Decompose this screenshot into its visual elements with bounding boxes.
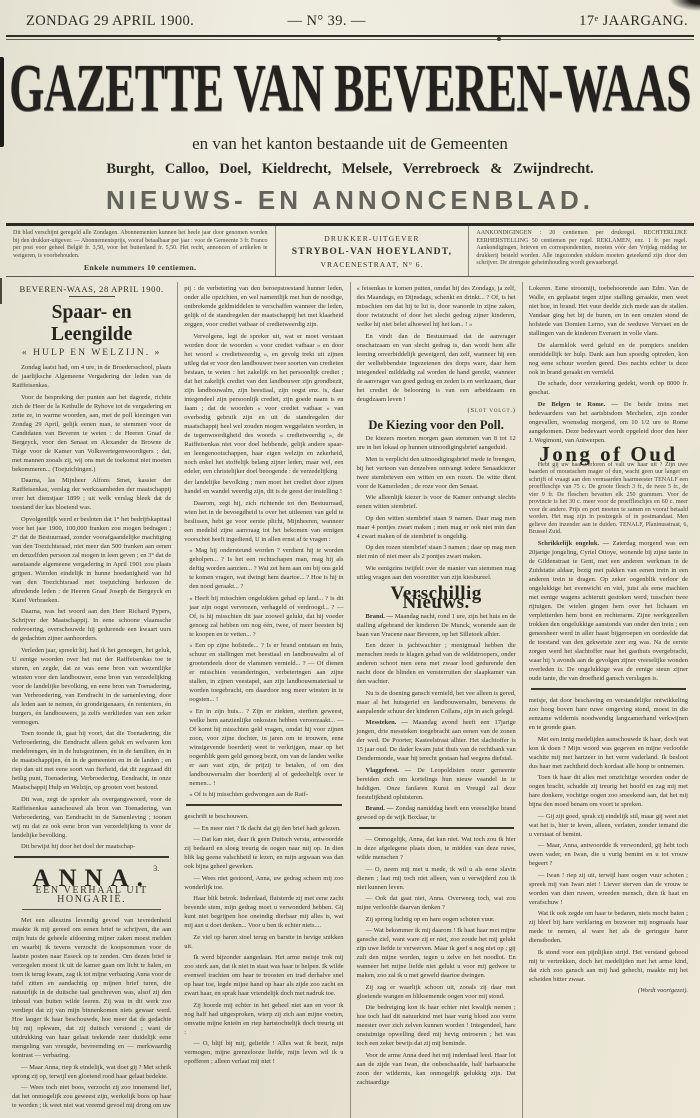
paragraph: Dit was, zegt de spreker als overgangswo… <box>12 795 171 840</box>
quote-paragraph: « Een op zijne hofstede... ? Is er brand… <box>184 641 343 704</box>
paragraph: Voor de bespreking der punten aan het da… <box>12 393 171 474</box>
paragraph: Zij sprong luchtig op en hare oogen scho… <box>357 915 516 924</box>
paragraph: — Wees niet gestoord, Anna, uw gedrag sc… <box>184 874 343 892</box>
paragraph: pij : de verbetering van den beroepstoes… <box>184 284 343 329</box>
single-copy-price: Enkele nummers 10 centiemen. <box>13 263 268 272</box>
news-item-lead: De Belgen te Rome. — <box>538 401 624 408</box>
newspaper-page: ZONDAG 29 APRIL 1900. — N° 39. — 17ᵉ JAA… <box>0 0 700 1118</box>
printer-address: VRACENESTRAAT, N° 6. <box>283 260 462 269</box>
feuilleton-title: ANNA. <box>12 874 171 883</box>
paragraph: Op den witten stembrief staan 9 namen. D… <box>357 514 516 541</box>
advertising-text: AANKONDIGINGEN : 20 centiemen per drukre… <box>476 230 687 268</box>
paragraph: — Dat kan niet, daar ik geen Duitsch ver… <box>184 835 343 871</box>
paragraph: Schrikkelijk ongeluk. — Zaterdag morgend… <box>529 539 688 683</box>
paragraph: Wie eenigzins twijfelt over de manier va… <box>357 564 516 582</box>
paragraph: Brand. — Maandag nacht, rond 1 ure, zijn… <box>357 612 516 639</box>
paragraph: Men is verplicht den uitnoodigingsbrief … <box>357 455 516 491</box>
paragraph: Met een alleszins levendig gevoel van te… <box>12 916 171 1060</box>
paragraph: — Maar Anna, riep ik eindelijk, wat doet… <box>12 1063 171 1081</box>
feuilleton-divider <box>531 688 686 690</box>
issue-number: — N° 39. — <box>288 13 366 30</box>
quote-paragraph: « Mag hij ondersteund worden ? verdient … <box>184 546 343 591</box>
scan-artifact <box>0 57 4 147</box>
feuilleton-divider <box>186 804 341 806</box>
page-body: BEVEREN-WAAS, 28 APRIL 1900.Spaar- en Le… <box>6 282 694 1118</box>
continuation-note: (Wordt voortgezet). <box>529 986 688 995</box>
paragraph: Daarna, las Mijnheer Alfons Smet, kassie… <box>12 476 171 512</box>
feuilleton-divider <box>359 827 514 829</box>
paragraph: Toen ik haar dit alles met omzichtige wo… <box>529 773 688 809</box>
ad-heading: Jong of Oud <box>529 450 688 459</box>
ad-paragraph: Hebt gij uw haar verloren of valt uw haa… <box>529 462 688 537</box>
paragraph: — Iwan ! riep zij uit, terwijl hare ooge… <box>529 871 688 907</box>
paragraph: Wie alleenlijk kiezer is voor de Kamer o… <box>357 493 516 511</box>
section-heading: De Kiezing voor den Poll. <box>357 421 516 430</box>
paragraph: De alarmklok werd geluid en de pompiers … <box>529 341 688 377</box>
masthead-communes: Burght, Calloo, Doel, Kieldrecht, Melsel… <box>0 161 700 178</box>
news-item-lead: Brand. — <box>366 613 395 620</box>
paragraph: — Gij zijt goed, sprak zij eindelijk sti… <box>529 812 688 839</box>
paragraph: Haar blik betrok. Inderdaad, fluisterde … <box>184 894 343 930</box>
column-3: « feisenkas te komen putten, omdat hij d… <box>351 282 522 1118</box>
paragraph: — Ook dat gaat niet, Anna. Overweeg toch… <box>357 894 516 912</box>
column-4: Lokeren. Eene stroomijt, toebehoorende a… <box>523 282 694 1118</box>
paragraph: De schade, door verzekering gedekt, word… <box>529 379 688 397</box>
masthead-rule-top <box>6 35 694 40</box>
feuilleton-divider <box>14 856 169 858</box>
masthead-tagline: NIEUWS- EN ANNONCENBLAD. <box>0 185 700 216</box>
paragraph: Lokeren. Eene stroomijt, toebehoorende a… <box>529 284 688 338</box>
paragraph: Ik werd bijzonder aangedaan. Het arme me… <box>184 953 343 998</box>
news-item-lead: Vlaggefeest. — <box>366 767 418 774</box>
paragraph: Opvolgentlijk werd er besloten dat 1° he… <box>12 515 171 605</box>
news-item-lead: Schrikkelijk ongeluk. — <box>538 540 613 547</box>
paragraph: meisje, dat door beschaving en verstande… <box>529 696 688 732</box>
dateline-date: ZONDAG 29 APRIL 1900. <box>26 13 194 30</box>
paragraph: — O, neem mij met u mede, ik wil u als e… <box>357 865 516 892</box>
paragraph: der landelijke bevolking ; men moet het … <box>184 478 343 496</box>
paragraph: — O, blijf bij mij, geliefde ! Alles wat… <box>184 1039 343 1066</box>
column-1: BEVEREN-WAAS, 28 APRIL 1900.Spaar- en Le… <box>6 282 177 1118</box>
short-rule <box>69 296 115 297</box>
paragraph: Die bedreiging kon ik haar echter niet k… <box>357 1003 516 1048</box>
title-wrap: GAZETTE VAN BEVEREN-WAAS <box>0 46 700 134</box>
feuilleton-subtitle: EEN VERHAAL UIT HONGARIË. <box>22 886 161 910</box>
paragraph: Zondag laatst had, om 4 ure, in de Broed… <box>12 363 171 390</box>
paragraph: Verleden jaar, spreekt hij, had ik het g… <box>12 646 171 727</box>
paragraph: Ze viel op haren stoel terug en barstte … <box>184 933 343 951</box>
subscription-text: Dit blad verschijnt geregeld alle Zondag… <box>13 230 268 260</box>
volume-label: 17ᵉ JAARGANG. <box>579 13 688 30</box>
paragraph: Zij hoorde mij echter in het geheel niet… <box>184 1001 343 1037</box>
paragraph: Ik stond voor een pijnlijken strijd. Het… <box>529 948 688 984</box>
dateline: ZONDAG 29 APRIL 1900. — N° 39. — 17ᵉ JAA… <box>0 0 700 32</box>
paragraph: Toen toonde ik, gaat hij voort, dat die … <box>12 729 171 792</box>
paragraph: En vindt dan de Bestuurraad dat de aanvr… <box>357 332 516 404</box>
advertising-info: AANKONDIGINGEN : 20 centiemen per drukre… <box>469 226 694 276</box>
paragraph: Wat ik ook zegde om haar te bedaren, nie… <box>529 909 688 945</box>
quote-paragraph: « Heeft hij misschien ongelukken gehad o… <box>184 594 343 639</box>
paragraph: Op den rozen stembrief staan 3 namen ; d… <box>357 543 516 561</box>
news-item-lead: Messteken. — <box>366 719 413 726</box>
imprint-bar: Dit blad verschijnt geregeld alle Zondag… <box>6 226 694 277</box>
paragraph: Zij zag er waarlijk schoon uit, zooals z… <box>357 983 516 1001</box>
paragraph: Voor de arme Anna deed het mij inderdaad… <box>357 1051 516 1087</box>
paragraph: geschrift te beschouwen. <box>184 812 343 821</box>
paragraph: — Maar, Anna, antwoordde ik verwonderd, … <box>529 841 688 868</box>
masthead: ZONDAG 29 APRIL 1900. — N° 39. — 17ᵉ JAA… <box>0 0 700 277</box>
news-item-lead: Brand. — <box>366 805 396 812</box>
paragraph: Vervolgens, legt de spreker uit, wat er … <box>184 332 343 476</box>
paragraph: De Belgen te Rome. — De beide treins met… <box>529 400 688 445</box>
paragraph: Een dezer is jachtwachter ; menigmaal he… <box>357 641 516 686</box>
paragraph: « feisenkas te komen putten, omdat hij d… <box>357 284 516 329</box>
paragraph: Brand. — Zondag namiddag heeft een vrees… <box>357 804 516 822</box>
subscription-info: Dit blad verschijnt geregeld alle Zondag… <box>6 226 275 276</box>
scan-artifact <box>497 37 501 41</box>
quote-paragraph: « En in zijn huis... ? Zijn er ziekten, … <box>184 707 343 788</box>
paragraph: Met een innig medelijden aanschouwde ik … <box>529 735 688 771</box>
section-heading: Verschillig Nieuws. <box>357 589 516 607</box>
paragraph: Messteken. — Maandag avond heeft een 17j… <box>357 718 516 763</box>
printer-label: DRUKKER-UITGEVER <box>283 234 462 243</box>
paragraph: — En meer niet ? Ik dacht dat gij den br… <box>184 824 343 833</box>
paragraph: — Wees toch niet boos, verzocht zij zoo … <box>12 1083 171 1110</box>
printer-info: DRUKKER-UITGEVER STRYBOL-VAN HOEYLANDT, … <box>275 226 470 276</box>
printer-name: STRYBOL-VAN HOEYLANDT, <box>283 246 462 257</box>
column-2: pij : de verbetering van den beroepstoes… <box>178 282 349 1118</box>
article-subtitle: « HULP EN WELZIJN. » <box>12 348 171 357</box>
paragraph: De kiezers moeten morgen gaan stemmen va… <box>357 434 516 452</box>
column-dateline: BEVEREN-WAAS, 28 APRIL 1900. <box>12 285 171 294</box>
paragraph: Vlaggefeest. — De Leopoldisten onzer gem… <box>357 766 516 802</box>
paragraph: Nu is de doening gansch vernield, het ve… <box>357 689 516 716</box>
paragraph: Dit bewijst hij door het doel der maatsc… <box>12 842 171 851</box>
scan-artifact <box>0 278 2 304</box>
scan-artifact <box>670 0 700 11</box>
paragraph: Daarna, was het woord aan den Heer Richa… <box>12 607 171 643</box>
paragraph: — Onmogelijk, Anna, dat kan niet. Wat to… <box>357 835 516 862</box>
paragraph: — Wat bekommer ik mij daarom ! Ik haat h… <box>357 926 516 980</box>
masthead-subtitle: en van het kanton bestaande uit de Gemee… <box>0 134 700 154</box>
newspaper-title: GAZETTE VAN BEVEREN-WAAS <box>0 46 700 130</box>
continuation-note: (Slot volgt.) <box>357 406 516 415</box>
article-title: Spaar- en Leengilde <box>12 302 171 346</box>
quote-paragraph: « Of is hij misschien gedwongen aan de R… <box>184 790 343 799</box>
paragraph: Daarom, zegt hij, zich richtende tot den… <box>184 499 343 544</box>
